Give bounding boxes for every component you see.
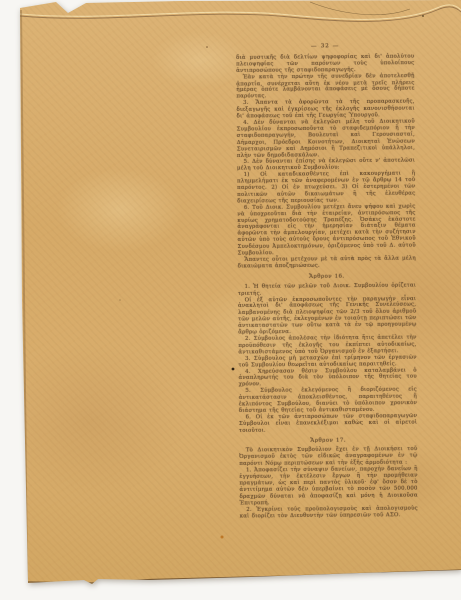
paragraph: 1) Οἱ καταδικασθέντες ἐπὶ κακουργήματι ἢ… xyxy=(237,171,415,205)
paper-crease xyxy=(20,7,461,22)
paragraph: 2. Ἐγκρίνει τοὺς προϋπολογισμοὺς καὶ ἀπο… xyxy=(240,505,418,519)
dirt-speck xyxy=(119,299,121,301)
page-text: διὰ μυστικῆς διὰ δελτίων ψηφοφορίας καὶ … xyxy=(236,53,418,519)
paragraph: 2. Σύμβουλος ἀπολέσας τὴν ἰδιότητα ἥτις … xyxy=(238,335,416,356)
dirt-speck xyxy=(422,15,424,17)
page-text-column: — 32 — διὰ μυστικῆς διὰ δελτίων ψηφοφορί… xyxy=(236,43,418,520)
rust-speck xyxy=(221,536,224,539)
page-number: — 32 — xyxy=(236,43,414,51)
ink-speck xyxy=(232,368,235,371)
fibre-line xyxy=(310,2,410,15)
paragraph: Οἱ ἐξ αὐτῶν ἐκπροσωποῦντες τὴν παραγωγὴν… xyxy=(238,295,417,336)
scanned-page: — 32 — διὰ μυστικῆς διὰ δελτίων ψηφοφορί… xyxy=(0,0,461,600)
paragraph: 1. Ἀποφασίζει τὴν σύναψιν δανείων, παροχ… xyxy=(239,466,418,507)
paragraph: Ἅπαντες οὗτοι μετέχουν μὲ τὰ αὐτὰ πρὸς τ… xyxy=(238,255,416,269)
crease-highlight xyxy=(20,5,461,20)
bottom-edge-line xyxy=(28,570,461,583)
paragraph: 6. Τοῦ Διοικ. Συμβουλίου μετέχει ἄνευ ψή… xyxy=(237,203,416,257)
article-heading: Ἄρθρον 16. xyxy=(238,273,416,281)
paragraph: 3. Ἅπαντα τὰ ἀφορῶντα τὰ τῆς προπαρασκευ… xyxy=(236,99,414,120)
paragraph: 4. Δὲν δύνανται νὰ ἐκλεγῶσι μέλη τοῦ Διο… xyxy=(237,118,416,159)
paragraph: διὰ μυστικῆς διὰ δελτίων ψηφοφορίας καὶ … xyxy=(236,53,414,74)
left-edge-shadow xyxy=(21,10,27,580)
dirt-speck xyxy=(206,46,208,48)
paragraph: 5. Σύμβουλος ἐκλεγόμενος ἢ διοριζόμενος … xyxy=(239,387,417,414)
paper-sheet: — 32 — διὰ μυστικῆς διὰ δελτίων ψηφοφορί… xyxy=(0,0,461,600)
paragraph: 6. Οἱ ἐκ τῶν ἀντιπροσώπων τῶν σταφιδοπαρ… xyxy=(239,413,417,434)
article-heading: Ἄρθρον 17. xyxy=(239,437,417,445)
paragraph: Ἐὰν κατὰ τὴν πρώτην τῆς συνεδρίαν δὲν ἀπ… xyxy=(236,73,414,100)
